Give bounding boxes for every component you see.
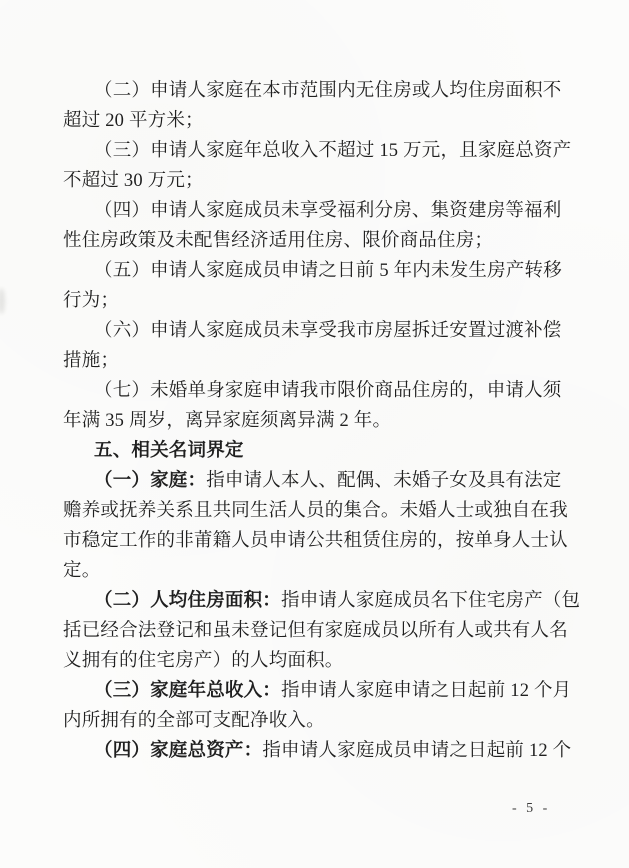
line-text: 行为； <box>63 291 119 311</box>
document-line: 性住房政策及未配售经济适用住房、限价商品住房； <box>63 226 571 256</box>
line-text: 指申请人家庭申请之日起前 12 个月 <box>281 681 571 701</box>
line-text: 定。 <box>63 561 100 581</box>
scan-artifact-smudge <box>0 288 5 314</box>
line-text: （二）申请人家庭在本市范围内无住房或人均住房面积不 <box>94 81 562 101</box>
line-text: 措施； <box>63 351 119 371</box>
document-line: 赡养或抚养关系且共同生活人员的集合。未婚人士或独自在我 <box>63 496 571 526</box>
line-text: （五）申请人家庭成员申请之日前 5 年内未发生房产转移 <box>94 261 562 281</box>
document-line: （二）申请人家庭在本市范围内无住房或人均住房面积不 <box>63 76 571 106</box>
term-bold: （四）家庭总资产： <box>94 741 262 761</box>
line-text: 指申请人家庭成员申请之日起前 12 个 <box>262 741 571 761</box>
line-text: （三）申请人家庭年总收入不超过 15 万元，且家庭总资产 <box>94 141 571 161</box>
line-text: 性住房政策及未配售经济适用住房、限价商品住房； <box>63 231 493 251</box>
document-line: 义拥有的住宅房产）的人均面积。 <box>63 646 571 676</box>
section-heading: 五、相关名词界定 <box>63 436 571 466</box>
line-text: （六）申请人家庭成员未享受我市房屋拆迁安置过渡补偿 <box>94 321 562 341</box>
document-line: （四）申请人家庭成员未享受福利分房、集资建房等福利 <box>63 196 571 226</box>
document-line: （三）申请人家庭年总收入不超过 15 万元，且家庭总资产 <box>63 136 571 166</box>
document-line: 市稳定工作的非莆籍人员申请公共租赁住房的，按单身人士认 <box>63 526 571 556</box>
document-line: （三）家庭年总收入：指申请人家庭申请之日起前 12 个月 <box>63 676 571 706</box>
document-line: （四）家庭总资产：指申请人家庭成员申请之日起前 12 个 <box>63 736 571 766</box>
line-text: 赡养或抚养关系且共同生活人员的集合。未婚人士或独自在我 <box>63 501 568 521</box>
document-line: （五）申请人家庭成员申请之日前 5 年内未发生房产转移 <box>63 256 571 286</box>
line-text: 指申请人家庭成员名下住宅房产（包 <box>281 591 580 611</box>
document-line: 括已经合法登记和虽未登记但有家庭成员以所有人或共有人名 <box>63 616 571 646</box>
line-text: 义拥有的住宅房产）的人均面积。 <box>63 651 344 671</box>
line-text: 年满 35 周岁，离异家庭须离异满 2 年。 <box>63 411 391 431</box>
line-text: 内所拥有的全部可支配净收入。 <box>63 711 325 731</box>
document-line: （六）申请人家庭成员未享受我市房屋拆迁安置过渡补偿 <box>63 316 571 346</box>
line-text: 超过 20 平方米； <box>63 111 204 131</box>
line-text: 括已经合法登记和虽未登记但有家庭成员以所有人或共有人名 <box>63 621 568 641</box>
document-line: （七）未婚单身家庭申请我市限价商品住房的，申请人须 <box>63 376 571 406</box>
document-line: （一）家庭：指申请人本人、配偶、未婚子女及具有法定 <box>63 466 571 496</box>
line-text: （七）未婚单身家庭申请我市限价商品住房的，申请人须 <box>94 381 562 401</box>
line-text: 指申请人本人、配偶、未婚子女及具有法定 <box>206 471 561 491</box>
document-line: 内所拥有的全部可支配净收入。 <box>63 706 571 736</box>
line-text: 不超过 30 万元； <box>63 171 204 191</box>
document-line: 定。 <box>63 556 571 586</box>
document-body: （二）申请人家庭在本市范围内无住房或人均住房面积不 超过 20 平方米； （三）… <box>63 76 571 766</box>
line-text: （四）申请人家庭成员未享受福利分房、集资建房等福利 <box>94 201 562 221</box>
document-line: （二）人均住房面积：指申请人家庭成员名下住宅房产（包 <box>63 586 571 616</box>
document-line: 超过 20 平方米； <box>63 106 571 136</box>
scanned-document-page: （二）申请人家庭在本市范围内无住房或人均住房面积不 超过 20 平方米； （三）… <box>0 0 629 868</box>
document-line: 不超过 30 万元； <box>63 166 571 196</box>
heading-bold: 五、相关名词界定 <box>94 441 244 461</box>
page-number: - 5 - <box>512 801 550 817</box>
term-bold: （一）家庭： <box>94 471 206 491</box>
document-line: 行为； <box>63 286 571 316</box>
document-line: 措施； <box>63 346 571 376</box>
line-text: 市稳定工作的非莆籍人员申请公共租赁住房的，按单身人士认 <box>63 531 568 551</box>
document-line: 年满 35 周岁，离异家庭须离异满 2 年。 <box>63 406 571 436</box>
term-bold: （三）家庭年总收入： <box>94 681 281 701</box>
term-bold: （二）人均住房面积： <box>94 591 281 611</box>
